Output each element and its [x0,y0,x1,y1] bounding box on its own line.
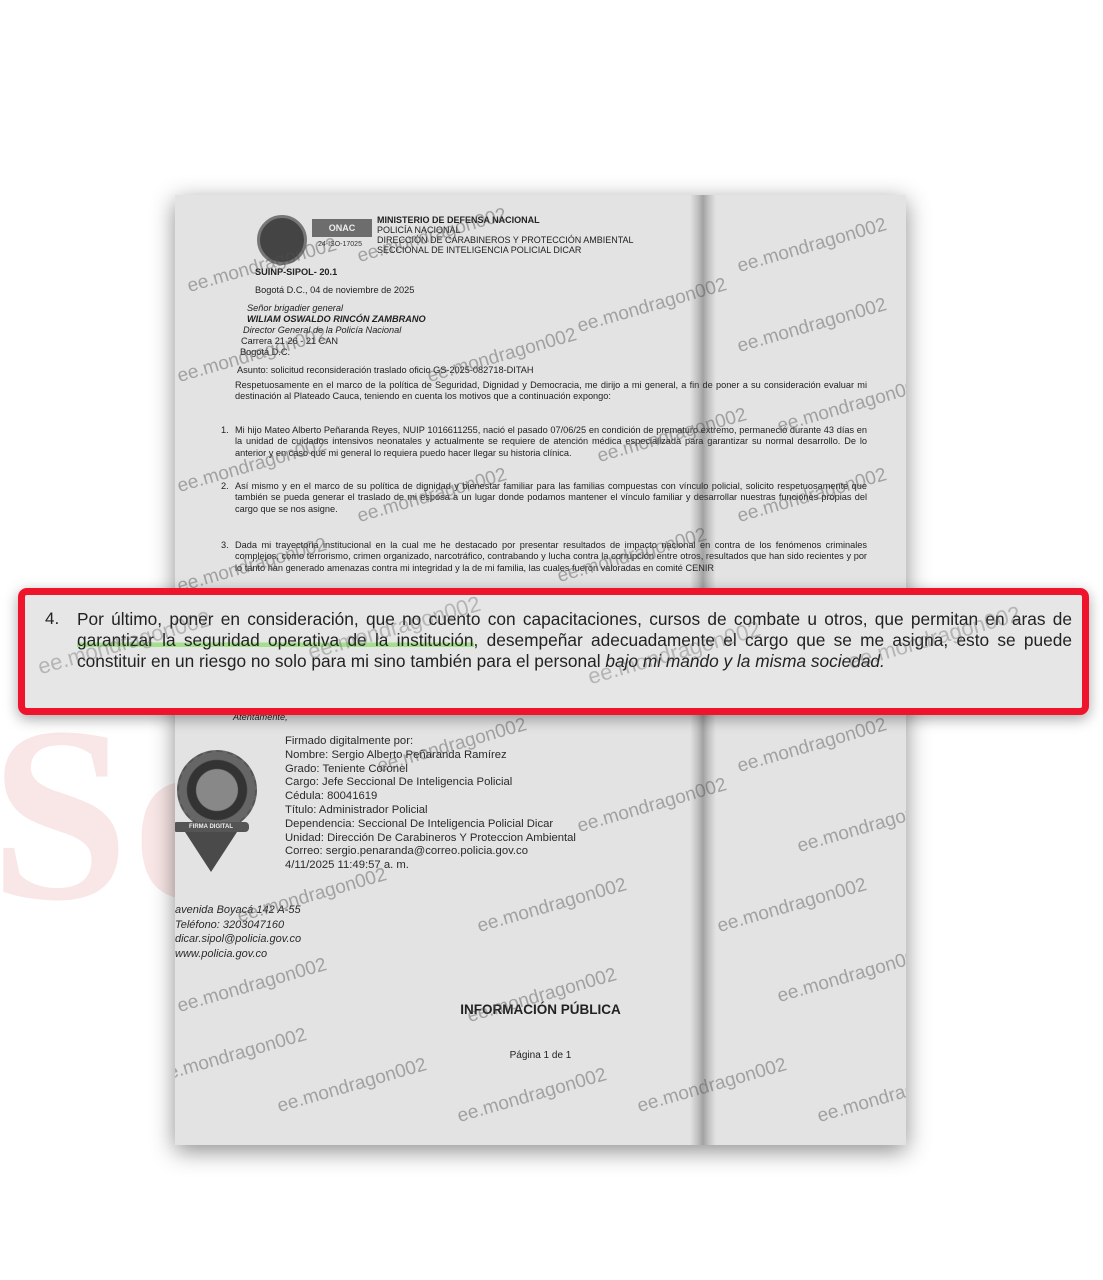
onac-label: ONAC [329,223,356,233]
signature-badge-label: FIRMA DIGITAL [175,822,249,832]
list-item: 3. Dada mi trayectoria institucional en … [235,540,867,574]
subject-line: Asunto: solicitud reconsideración trasla… [237,365,534,376]
footer-email: dicar.sipol@policia.gov.co [175,932,301,947]
signature-line: 4/11/2025 11:49:57 a. m. [285,859,576,873]
item-number: 1. [221,425,229,436]
onac-badge: ONAC [312,219,372,237]
watermark: ee.mondragon002 [795,794,906,858]
excerpt-text: Por último, poner en consideración, que … [77,609,1072,672]
watermark: ee.mondragon002 [455,1064,609,1128]
signature-line: Firmado digitalmente por: [285,735,576,749]
footer-phone: Teléfono: 3203047160 [175,918,301,933]
recipient-address: Carrera 21 26 - 21 CAN [241,336,338,347]
footer-address: avenida Boyacá 142 A-55 [175,903,301,918]
accreditation-code: 24-ISO-17025 [318,241,362,248]
signature-line: Dependencia: Seccional De Inteligencia P… [285,818,576,832]
highlighted-phrase: garantizar la seguridad operativa de la … [77,630,474,650]
intro-paragraph: Respetuosamente en el marco de la políti… [235,380,867,403]
footer-web: www.policia.gov.co [175,947,301,962]
item-text: Mi hijo Mateo Alberto Peñaranda Reyes, N… [235,425,867,458]
signature-block: Firmado digitalmente por: Nombre: Sergio… [285,735,576,873]
signature-line: Unidad: Dirección De Carabineros Y Prote… [285,832,576,846]
watermark: ee.mondragon002 [425,324,579,388]
list-item: 1. Mi hijo Mateo Alberto Peñaranda Reyes… [235,425,867,459]
item-number: 4. [45,609,59,629]
watermark: ee.mondragon002 [575,774,729,838]
excerpt-part: bajo mi mando y la misma sociedad. [605,651,885,671]
place-date: Bogotá D.C., 04 de noviembre de 2025 [255,285,414,296]
watermark: ee.mondragon002 [815,1064,906,1128]
signature-line: Grado: Teniente Coronel [285,763,576,777]
watermark: ee.mondragon002 [465,964,619,1028]
watermark: ee.mondragon002 [635,1054,789,1118]
police-crest-icon [257,215,307,265]
watermark: ee.mondragon002 [475,874,629,938]
watermark: ee.mondragon002 [575,274,729,338]
item-text: Así mismo y en el marco de su política d… [235,481,867,514]
digital-signature-seal-icon [177,750,257,830]
list-item: 2. Así mismo y en el marco de su polític… [235,481,867,515]
item-text: Dada mi trayectoria institucional en la … [235,540,867,573]
signature-line: Correo: sergio.penaranda@correo.policia.… [285,845,576,859]
signature-line: Título: Administrador Policial [285,804,576,818]
classification-label: INFORMACIÓN PÚBLICA [175,1002,906,1017]
org-line: MINISTERIO DE DEFENSA NACIONAL [377,215,634,225]
signature-line: Cédula: 80041619 [285,790,576,804]
signature-line: Cargo: Jefe Seccional De Inteligencia Po… [285,776,576,790]
watermark: ee.mondragon002 [735,214,889,278]
recipient-name: WILIAM OSWALDO RINCÓN ZAMBRANO [247,314,426,325]
item-number: 3. [221,540,229,551]
watermark: ee.mondragon002 [715,874,869,938]
watermark: ee.mondragon002 [275,1054,429,1118]
reference-code: SUINP-SIPOL- 20.1 [255,267,337,278]
signature-line: Nombre: Sergio Alberto Peñaranda Ramírez [285,749,576,763]
page-number: Página 1 de 1 [175,1050,906,1061]
watermark: ee.mondragon002 [735,294,889,358]
org-line: DIRECCIÓN DE CARABINEROS Y PROTECCIÓN AM… [377,235,634,245]
organization-lines: MINISTERIO DE DEFENSA NACIONAL POLICÍA N… [377,215,634,255]
item-number: 2. [221,481,229,492]
recipient-salutation: Señor brigadier general [247,303,343,314]
org-line: SECCIONAL DE INTELIGENCIA POLICIAL DICAR [377,245,634,255]
watermark: ee.mondragon002 [775,944,906,1008]
recipient-position: Director General de la Policía Nacional [243,325,401,336]
highlighted-excerpt-callout: 4. Por último, poner en consideración, q… [18,588,1089,715]
watermark: ee.mondragon002 [735,714,889,778]
recipient-city: Bogotá D.C. [240,347,290,358]
footer-contact: avenida Boyacá 142 A-55 Teléfono: 320304… [175,903,301,961]
org-line: POLICÍA NACIONAL [377,225,634,235]
excerpt-part: Por último, poner en consideración, que … [77,609,1072,629]
ribbon-icon [185,832,237,872]
